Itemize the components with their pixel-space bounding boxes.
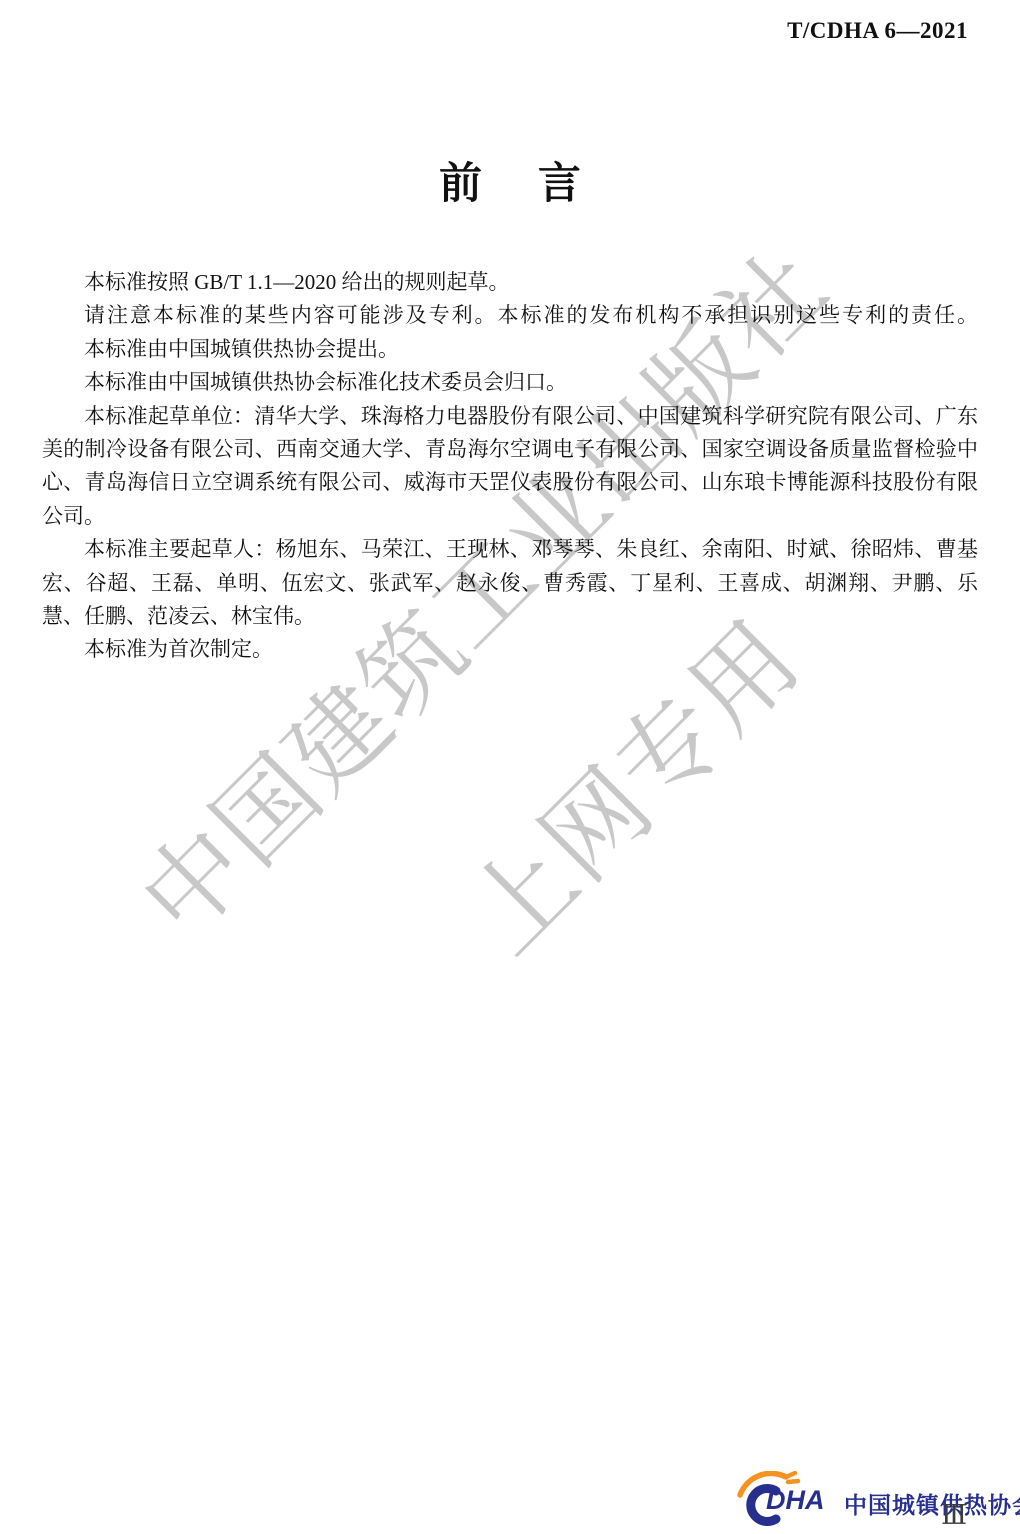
- paragraph-first-edition: 本标准为首次制定。: [42, 633, 978, 666]
- cdha-logo-icon: DHA: [736, 1471, 838, 1527]
- paragraph-drafting-rules: 本标准按照 GB/T 1.1—2020 给出的规则起草。: [42, 266, 978, 299]
- paragraph-drafting-organizations: 本标准起草单位：清华大学、珠海格力电器股份有限公司、中国建筑科学研究院有限公司、…: [42, 400, 978, 534]
- paragraph-centralized-by: 本标准由中国城镇供热协会标准化技术委员会归口。: [42, 366, 978, 399]
- paragraph-proposed-by: 本标准由中国城镇供热协会提出。: [42, 333, 978, 366]
- paragraph-patent-notice: 请注意本标准的某些内容可能涉及专利。本标准的发布机构不承担识别这些专利的责任。: [42, 299, 978, 332]
- page-title-text: 前言: [439, 161, 637, 208]
- cdha-logo-letters: DHA: [766, 1485, 825, 1515]
- footer-brand: DHA 中国城镇供热协会: [736, 1471, 1020, 1527]
- page-number: Ⅲ: [941, 1500, 967, 1531]
- document-page: T/CDHA 6—2021 前言 中国建筑工业出版社 上网专用 本标准按照 GB…: [0, 0, 1020, 1534]
- page-title: 前言: [0, 150, 1020, 211]
- preface-body: 本标准按照 GB/T 1.1—2020 给出的规则起草。 请注意本标准的某些内容…: [42, 266, 978, 667]
- standard-number: T/CDHA 6—2021: [787, 18, 968, 44]
- association-name: 中国城镇供热协会: [844, 1479, 1020, 1520]
- paragraph-chief-drafters: 本标准主要起草人：杨旭东、马荣江、王现林、邓琴琴、朱良红、余南阳、时斌、徐昭炜、…: [42, 533, 978, 633]
